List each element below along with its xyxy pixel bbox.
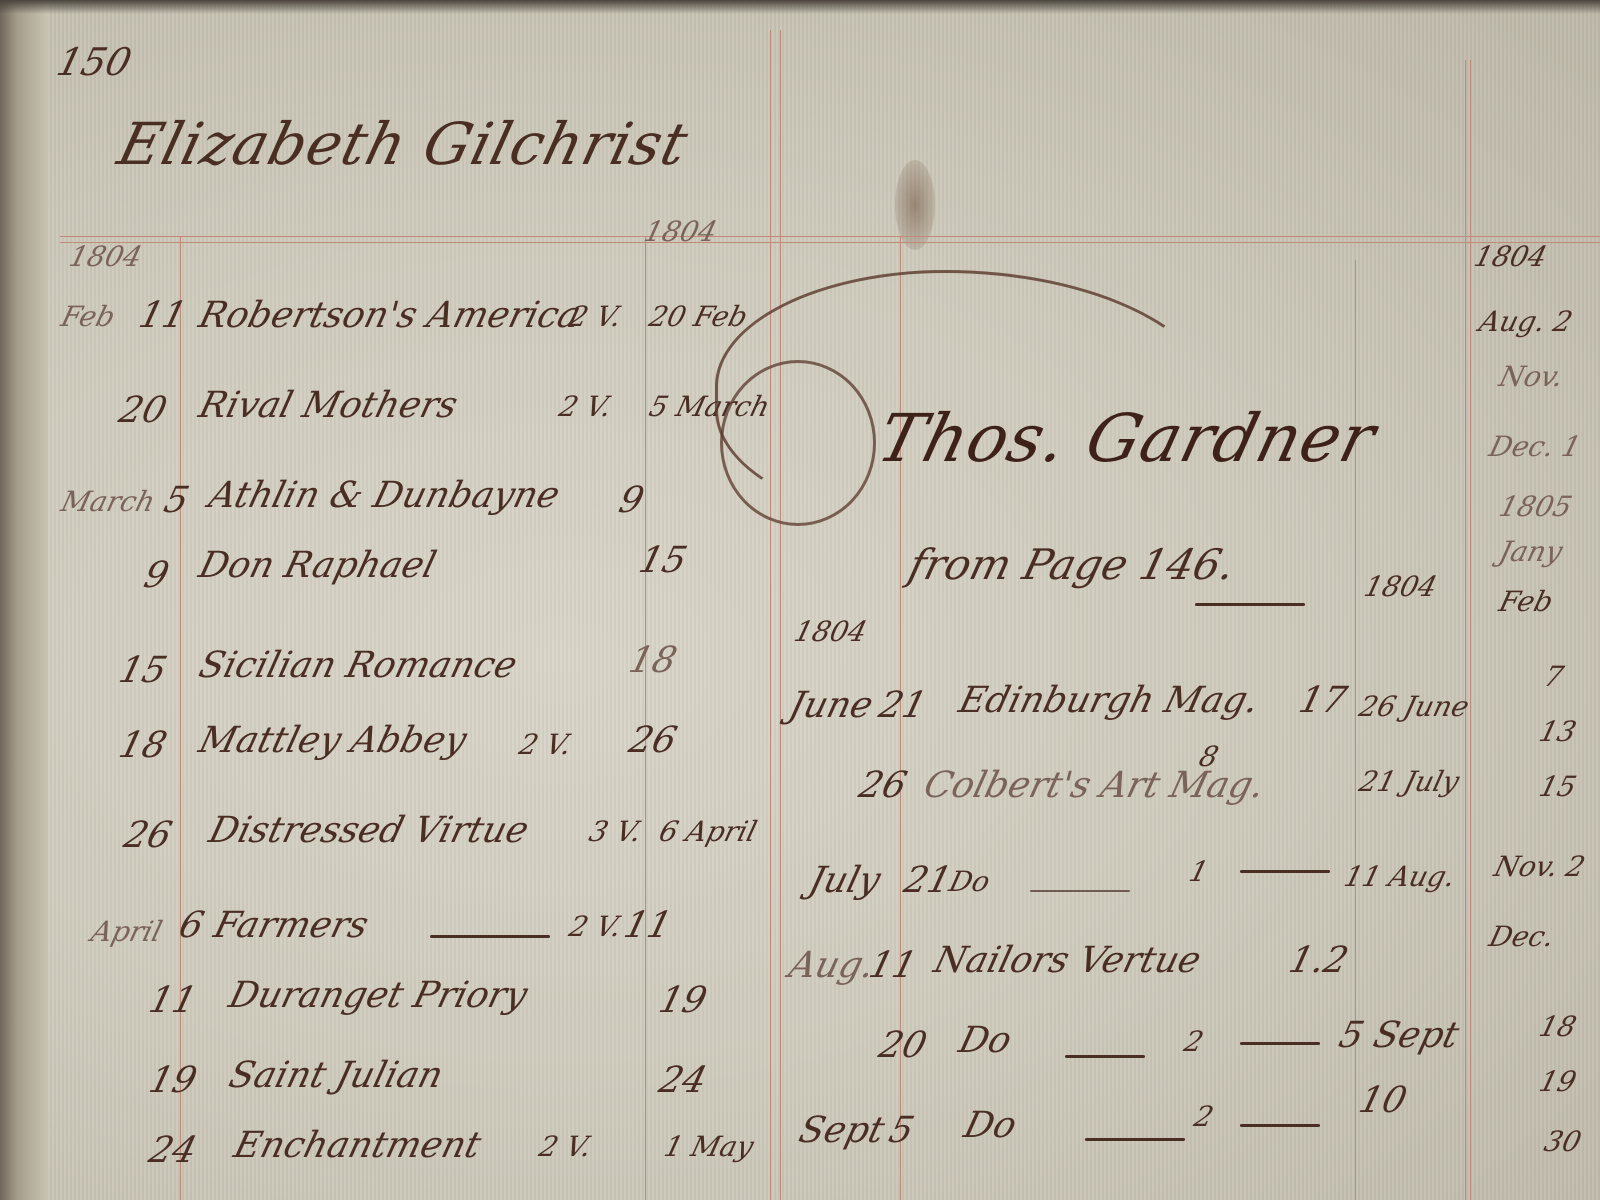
page-divider-rule bbox=[770, 30, 771, 1200]
entry-volumes: 3 V. bbox=[586, 815, 645, 848]
entry-day: 21 bbox=[875, 685, 931, 726]
entry-day: 20 bbox=[875, 1025, 931, 1066]
ditto-dash bbox=[1240, 1042, 1320, 1045]
page-binding-edge bbox=[0, 0, 48, 1200]
entry-month: March bbox=[58, 485, 159, 518]
left-year-header: 1804 bbox=[66, 240, 145, 273]
entry-day: 11 bbox=[865, 945, 921, 986]
page-number: 150 bbox=[53, 40, 137, 84]
ditto-dash bbox=[1065, 1055, 1145, 1058]
entry-month: June bbox=[785, 685, 877, 726]
entry-returned: 6 April bbox=[656, 815, 760, 848]
entry-returned: 11 bbox=[620, 905, 676, 946]
ledger-page: 150 Elizabeth Gilchrist 1804 1804 Feb 11… bbox=[0, 0, 1600, 1200]
entry-title: Edinburgh Mag. bbox=[955, 680, 1263, 721]
entry-day: 26 bbox=[120, 815, 176, 856]
far-right-entry: Nov. 2 bbox=[1491, 850, 1589, 883]
entry-returned: 1 May bbox=[661, 1130, 757, 1163]
entry-day: 9 bbox=[140, 555, 173, 596]
entry-day: 11 bbox=[135, 295, 191, 336]
entry-volumes: 1.2 bbox=[1285, 940, 1352, 981]
account-holder-name: Elizabeth Gilchrist bbox=[112, 110, 696, 178]
far-right-entry: 15 bbox=[1536, 770, 1580, 803]
entry-returned: 20 Feb bbox=[646, 300, 751, 333]
entry-day: 19 bbox=[145, 1060, 201, 1101]
entry-title: Do bbox=[955, 1020, 1016, 1061]
right-year-left: 1804 bbox=[791, 615, 870, 648]
date-column-rule bbox=[180, 236, 181, 1200]
entry-month: Feb bbox=[58, 300, 119, 333]
entry-volumes: 2 V. bbox=[566, 300, 625, 333]
far-right-entry: 18 bbox=[1536, 1010, 1580, 1043]
entry-returned: 24 bbox=[655, 1060, 711, 1101]
entry-title: Farmers bbox=[210, 905, 373, 946]
ditto-dash bbox=[1240, 870, 1330, 873]
entry-returned: 19 bbox=[655, 980, 711, 1021]
account-holder-name-right: Thos. Gardner bbox=[870, 400, 1383, 477]
entry-month: July bbox=[805, 860, 885, 901]
far-right-entry: Jany bbox=[1496, 535, 1566, 568]
entry-day: 11 bbox=[145, 980, 201, 1021]
top-shadow bbox=[0, 0, 1600, 14]
ditto-dash bbox=[430, 935, 550, 938]
entry-title: Athlin & Dunbayne bbox=[205, 475, 564, 516]
entry-title: Rival Mothers bbox=[195, 385, 462, 426]
right-year-right: 1804 bbox=[1361, 570, 1440, 603]
far-right-entry: Dec. 1 bbox=[1486, 430, 1585, 463]
flourish-loop bbox=[720, 360, 876, 526]
entry-returned: 21 July bbox=[1356, 765, 1463, 798]
entry-title: Colbert's Art Mag. bbox=[920, 765, 1269, 806]
underline-dash bbox=[1195, 603, 1305, 606]
entry-returned: 18 bbox=[625, 640, 681, 681]
entry-returned: 26 bbox=[625, 720, 681, 761]
far-right-rule-double bbox=[1470, 60, 1471, 1200]
entry-title: Do bbox=[960, 1105, 1021, 1146]
entry-day: 15 bbox=[115, 650, 171, 691]
entry-day: 5 bbox=[885, 1110, 918, 1151]
far-right-entry: 1805 bbox=[1496, 490, 1575, 523]
entry-day: 20 bbox=[115, 390, 171, 431]
header-rule bbox=[60, 236, 1600, 237]
entry-title: Enchantment bbox=[230, 1125, 485, 1166]
entry-month: April bbox=[88, 915, 166, 948]
far-right-entry: 7 bbox=[1541, 660, 1567, 693]
ditto-dash bbox=[1030, 890, 1130, 892]
entry-returned: 15 bbox=[635, 540, 691, 581]
entry-day: 26 bbox=[855, 765, 911, 806]
entry-day: 18 bbox=[115, 725, 171, 766]
entry-day: 24 bbox=[145, 1130, 201, 1171]
entry-title: Don Raphael bbox=[195, 545, 440, 586]
entry-volumes: 2 V. bbox=[536, 1130, 595, 1163]
entry-month: Aug. bbox=[785, 945, 879, 986]
ditto-dash bbox=[1240, 1124, 1320, 1127]
entry-returned: 26 June bbox=[1356, 690, 1473, 723]
entry-returned: 11 Aug. bbox=[1341, 860, 1459, 893]
far-right-entry: Aug. 2 bbox=[1476, 305, 1576, 338]
entry-title: Nailors Vertue bbox=[930, 940, 1205, 981]
entry-title: Robertson's America bbox=[195, 295, 585, 336]
page-divider-rule-double bbox=[780, 30, 781, 1200]
entry-returned: 5 Sept bbox=[1335, 1015, 1463, 1056]
left-returned-year-header: 1804 bbox=[641, 215, 720, 248]
entry-volumes: 2 V. bbox=[556, 390, 615, 423]
entry-volumes: 2 bbox=[1181, 1025, 1207, 1058]
entry-title: Do bbox=[946, 865, 994, 898]
far-right-entry: Dec. bbox=[1486, 920, 1558, 953]
entry-volumes: 17 bbox=[1295, 680, 1351, 721]
entry-title: Saint Julian bbox=[225, 1055, 447, 1096]
entry-title: Sicilian Romance bbox=[195, 645, 521, 686]
entry-volumes: 2 V. bbox=[516, 728, 575, 761]
entry-month: Sept bbox=[795, 1110, 889, 1151]
carried-forward-note: from Page 146. bbox=[904, 540, 1240, 589]
far-right-entry: 30 bbox=[1541, 1125, 1585, 1158]
far-right-entry: 1804 bbox=[1471, 240, 1550, 273]
far-right-entry: 13 bbox=[1536, 715, 1580, 748]
entry-day: 5 bbox=[160, 480, 193, 521]
returned-column-rule bbox=[645, 236, 646, 1200]
header-rule-double bbox=[60, 242, 1600, 243]
entry-title: Distressed Virtue bbox=[205, 810, 533, 851]
entry-title: Mattley Abbey bbox=[195, 720, 471, 761]
entry-volumes: 1 bbox=[1186, 855, 1212, 888]
ditto-dash bbox=[1085, 1138, 1185, 1141]
entry-title: Duranget Priory bbox=[225, 975, 532, 1016]
entry-volumes: 2 V. bbox=[566, 910, 625, 943]
far-right-entry: Nov. bbox=[1496, 360, 1567, 393]
far-right-entry: Feb bbox=[1496, 585, 1557, 618]
entry-returned: 9 bbox=[615, 480, 648, 521]
entry-volumes: 2 bbox=[1191, 1100, 1217, 1133]
entry-returned: 10 bbox=[1355, 1080, 1411, 1121]
far-right-rule bbox=[1465, 60, 1466, 1200]
far-right-entry: 19 bbox=[1536, 1065, 1580, 1098]
